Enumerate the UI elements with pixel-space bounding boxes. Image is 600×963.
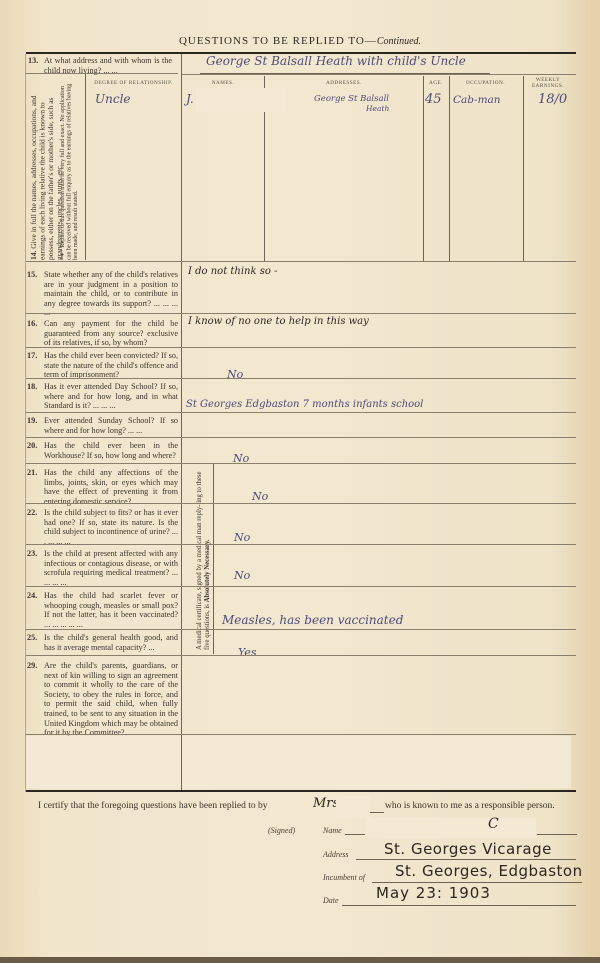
- q14-relationship-divider: [85, 74, 86, 260]
- col-divider-age: [423, 76, 424, 262]
- question-text: State whether any of the child's relativ…: [44, 270, 178, 317]
- col-head-weekly-earnings: WEEKLY EARNINGS.: [523, 77, 573, 89]
- row-13-bottom-rule: [26, 73, 178, 74]
- signed-label: (Signed): [268, 826, 295, 835]
- question-number: 16.: [27, 319, 37, 329]
- redacted-replied-by: [336, 796, 370, 818]
- cell-age: 45: [425, 92, 442, 107]
- question-22: 22. Is the child subject to fits? or has…: [44, 508, 178, 546]
- question-21: 21. Has the child any affections of the …: [44, 468, 178, 506]
- row-rule: [26, 586, 576, 587]
- question-number: 17.: [27, 351, 37, 361]
- redacted-name-signature: [366, 818, 536, 838]
- header-title: QUESTIONS TO BE REPLIED TO—: [179, 35, 377, 47]
- question-20: 20. Has the child ever been in the Workh…: [44, 441, 178, 460]
- question-text: Give in full the names, addresses, occup…: [29, 95, 64, 260]
- main-column-divider: [181, 54, 182, 792]
- address-value: St. Georges Vicarage: [384, 840, 552, 858]
- question-18: 18. Has it ever attended Day School? If …: [44, 382, 178, 411]
- header-title-suffix: Continued.: [377, 36, 421, 47]
- question-number: 24.: [27, 591, 37, 601]
- question-17: 17. Has the child ever been convicted? I…: [44, 351, 178, 380]
- date-label: Date: [323, 896, 339, 905]
- question-number: 18.: [27, 382, 37, 392]
- col-head-relationship: DEGREE OF RELATIONSHIP.: [86, 80, 181, 86]
- question-23: 23. Is the child at present affected wit…: [44, 549, 178, 587]
- cell-relationship: Uncle: [95, 92, 131, 106]
- row-rule: [26, 503, 576, 504]
- table-bottom-rule: [26, 790, 576, 792]
- question-number: 20.: [27, 441, 37, 451]
- answer-21: No: [252, 490, 268, 503]
- question-16: 16. Can any payment for the child be gua…: [44, 319, 178, 348]
- question-number: 22.: [27, 508, 37, 518]
- cell-name: J.: [186, 92, 194, 106]
- question-text: Ever attended Sunday School? If so where…: [44, 416, 178, 435]
- cell-address-line1: George St Balsall: [314, 94, 389, 104]
- incumbent-label: Incumbent of: [323, 873, 365, 882]
- row-rule: [26, 629, 576, 630]
- incumbent-line: [372, 882, 582, 883]
- question-text: Has the child ever been convicted? If so…: [44, 351, 178, 379]
- question-text: Is the child at present affected with an…: [44, 549, 178, 587]
- question-number: 15.: [27, 270, 37, 280]
- certify-text-before: I certify that the foregoing questions h…: [38, 801, 268, 811]
- row-rule: [26, 463, 576, 464]
- answer-25: Yes: [238, 646, 256, 659]
- row-13-bottom-rule-right: [182, 74, 576, 75]
- question-29: 29. Are the child's parents, guardians, …: [44, 661, 178, 738]
- question-text: Has it ever attended Day School? If so, …: [44, 382, 178, 410]
- name-value: C: [488, 816, 499, 832]
- incumbent-value: St. Georges, Edgbaston: [395, 862, 583, 880]
- answer-13: George St Balsall Heath with child's Unc…: [206, 54, 466, 68]
- question-text: At what address and with whom is the chi…: [44, 56, 172, 75]
- row-rule: [26, 544, 576, 545]
- col-head-age: AGE.: [423, 80, 449, 86]
- question-number: 23.: [27, 549, 37, 559]
- question-text: Is the child's general health good, and …: [44, 633, 178, 652]
- question-14-note: *∗* Replies to this question must be ver…: [60, 78, 84, 260]
- question-15: 15. State whether any of the child's rel…: [44, 270, 178, 318]
- question-number: 29.: [27, 661, 37, 671]
- main-column-divider-lower: [181, 736, 182, 790]
- redacted-name: [196, 88, 286, 112]
- document-page: QUESTIONS TO BE REPLIED TO—Continued. 13…: [0, 0, 600, 963]
- name-label: Name: [323, 826, 342, 835]
- row-14-bottom-rule: [26, 261, 576, 262]
- cell-address-line2: Heath: [366, 104, 389, 113]
- cell-occupation: Cab-man: [453, 94, 501, 106]
- col-divider-earnings: [523, 76, 524, 262]
- answer-24: Measles, has been vaccinated: [222, 613, 403, 627]
- answer-22: No: [234, 531, 250, 544]
- row-rule: [26, 347, 576, 348]
- col-head-addresses: ADDRESSES.: [265, 80, 423, 86]
- medical-certificate-note: A medical certificate, signed by a medic…: [196, 470, 214, 650]
- redacted-area: [26, 736, 571, 788]
- row-rule: [26, 378, 576, 379]
- paper-bottom-edge: [0, 957, 600, 963]
- address-label: Address: [323, 850, 348, 859]
- question-text: Has the child ever been in the Workhouse…: [44, 441, 178, 460]
- question-text: Are the child's parents, guardians, or n…: [44, 661, 178, 737]
- answer-15: I do not think so -: [188, 266, 277, 277]
- question-25: 25. Is the child's general health good, …: [44, 633, 178, 652]
- question-text: Has the child any affections of the limb…: [44, 468, 178, 506]
- cell-weekly-earnings: 18/0: [538, 92, 567, 107]
- answer-17: No: [227, 368, 243, 381]
- row-rule: [26, 734, 576, 735]
- row-rule: [26, 655, 576, 656]
- question-text: Can any payment for the child be guarant…: [44, 319, 178, 347]
- page-header: QUESTIONS TO BE REPLIED TO—Continued.: [0, 35, 600, 47]
- certification-statement: I certify that the foregoing questions h…: [38, 801, 268, 811]
- question-number: 21.: [27, 468, 37, 478]
- answer-23: No: [234, 569, 250, 582]
- question-number: 19.: [27, 416, 37, 426]
- col-divider-occupation: [449, 76, 450, 262]
- row-rule: [26, 313, 576, 314]
- col-head-occupation: OCCUPATION.: [449, 80, 522, 86]
- replied-by-line: [370, 812, 384, 813]
- medical-note-emphasis: Absolutely Necessary.: [204, 539, 211, 602]
- answer-16: I know of no one to help in this way: [188, 316, 369, 327]
- question-19: 19. Ever attended Sunday School? If so w…: [44, 416, 178, 435]
- answer-18: St Georges Edgbaston 7 months infants sc…: [186, 399, 423, 410]
- date-line: [342, 905, 576, 906]
- question-number: 13.: [28, 56, 46, 66]
- name-line-right: [537, 834, 577, 835]
- col-head-names: NAMES.: [182, 80, 264, 86]
- question-number: 25.: [27, 633, 37, 643]
- certify-text-after: who is known to me as a responsible pers…: [385, 801, 555, 811]
- date-value: May 23: 1903: [376, 884, 491, 902]
- left-border: [25, 54, 26, 792]
- question-24: 24. Has the child had scarlet fever or w…: [44, 591, 178, 629]
- question-text: Has the child had scarlet fever or whoop…: [44, 591, 178, 629]
- row-rule: [26, 412, 576, 413]
- question-text: Is the child subject to fits? or has it …: [44, 508, 178, 546]
- address-line: [356, 859, 576, 860]
- name-line-left: [345, 834, 365, 835]
- row-rule: [26, 437, 576, 438]
